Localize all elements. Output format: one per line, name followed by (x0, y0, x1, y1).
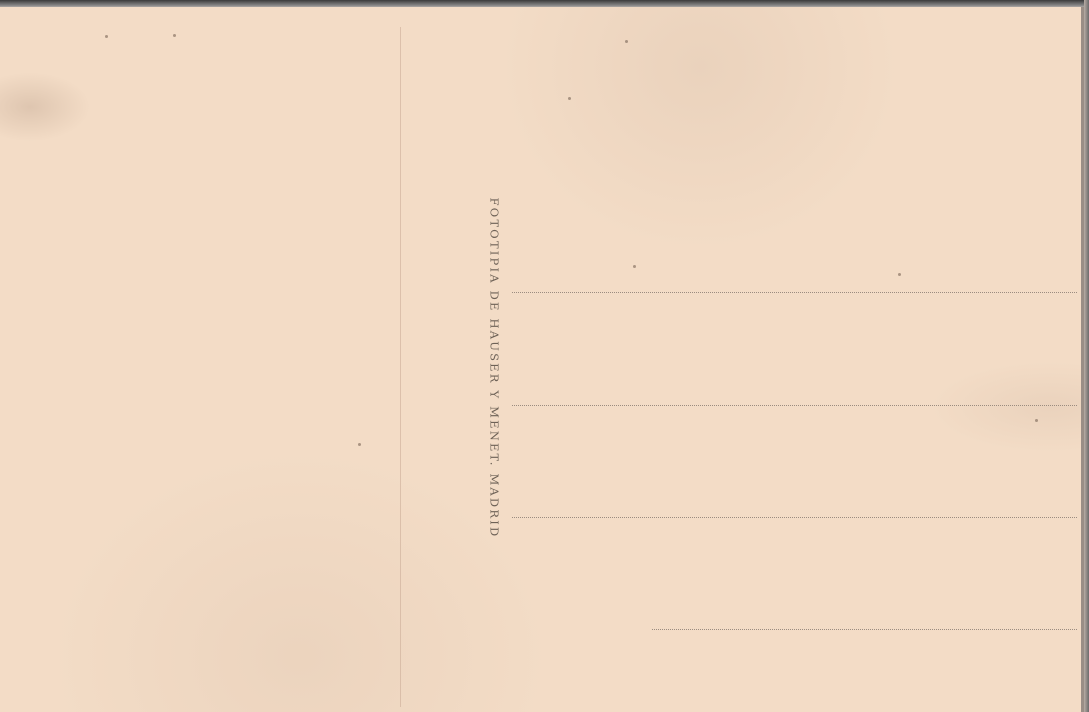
address-line-1 (512, 292, 1077, 293)
scan-right-edge (1084, 0, 1089, 712)
paper-speck (633, 265, 636, 268)
paper-speck (105, 35, 108, 38)
paper-speck (1035, 419, 1038, 422)
address-line-4 (652, 629, 1077, 630)
paper-speck (898, 273, 901, 276)
address-line-3 (512, 517, 1077, 518)
paper-speck (358, 443, 361, 446)
center-divider (400, 27, 401, 707)
postcard-back: FOTOTIPIA DE HAUSER Y MENET. MADRID (0, 7, 1084, 712)
paper-speck (173, 34, 176, 37)
paper-speck (568, 97, 571, 100)
paper-speck (625, 40, 628, 43)
publisher-imprint: FOTOTIPIA DE HAUSER Y MENET. MADRID (482, 173, 506, 563)
imprint-text: FOTOTIPIA DE HAUSER Y MENET. MADRID (487, 198, 501, 539)
address-line-2 (512, 405, 1077, 406)
